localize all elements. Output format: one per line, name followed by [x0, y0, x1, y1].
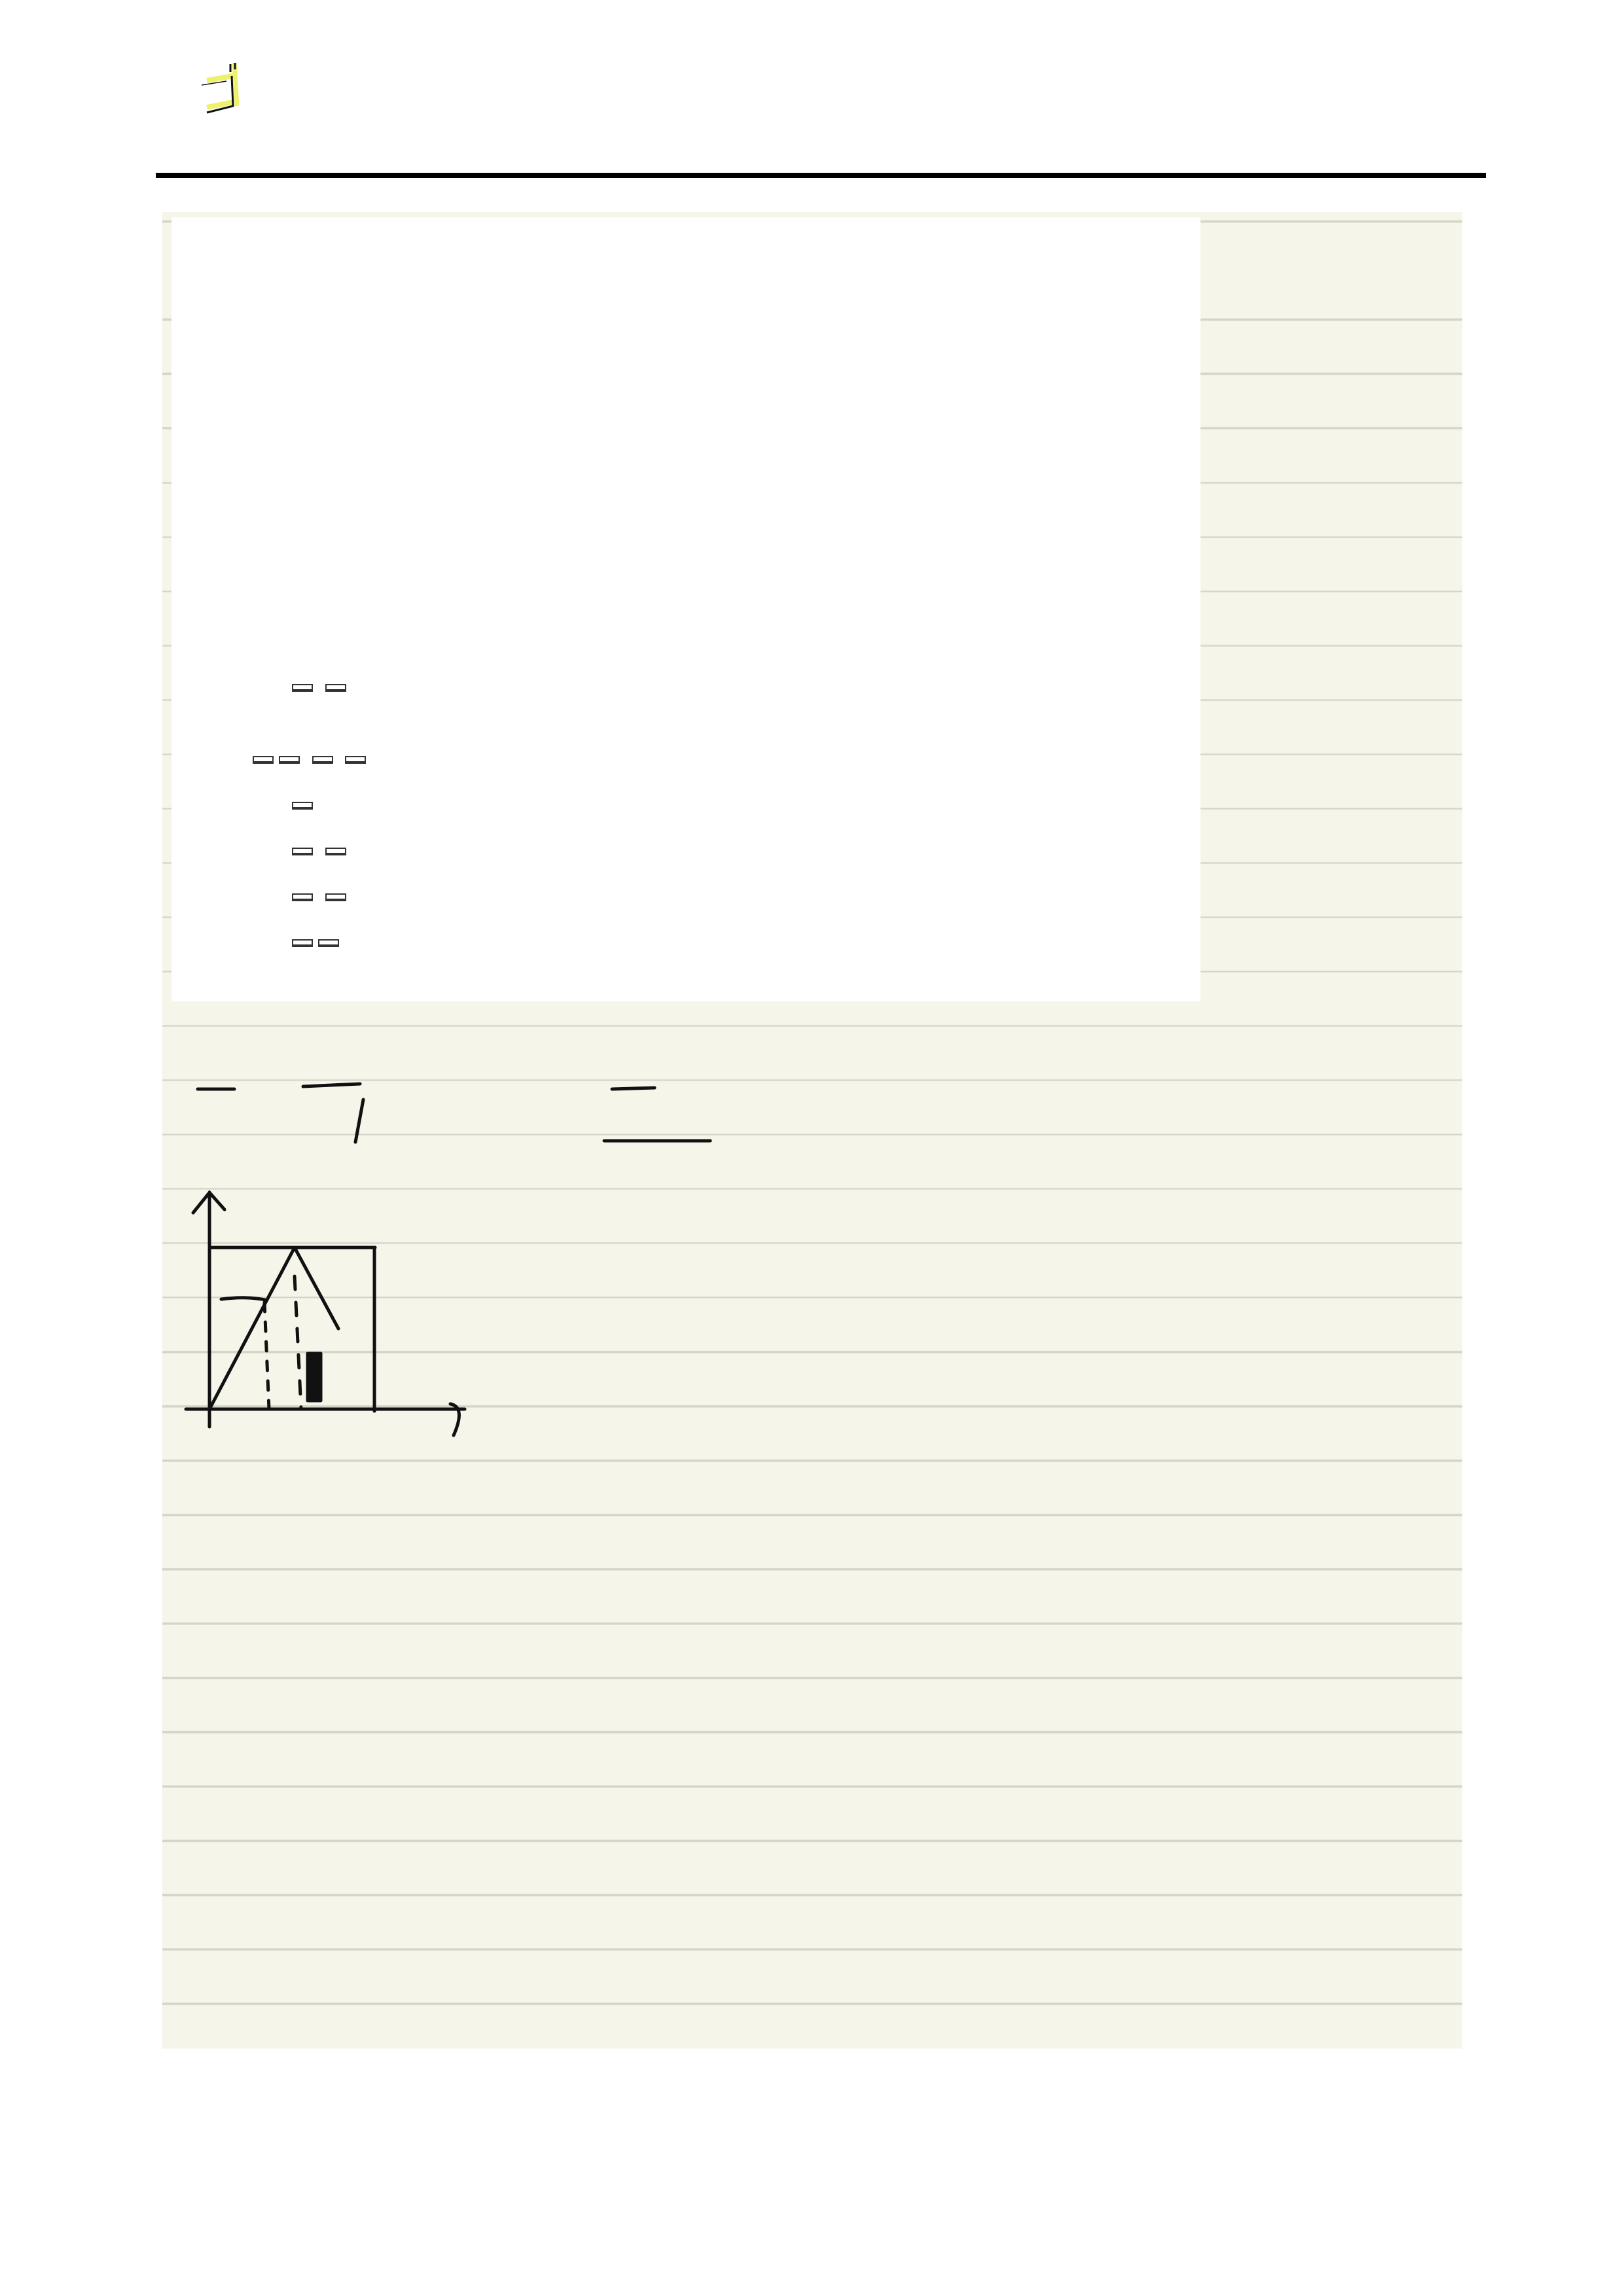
hw-drawings	[0, 0, 1624, 2296]
hw-figure-xy-projection	[186, 1193, 465, 1435]
